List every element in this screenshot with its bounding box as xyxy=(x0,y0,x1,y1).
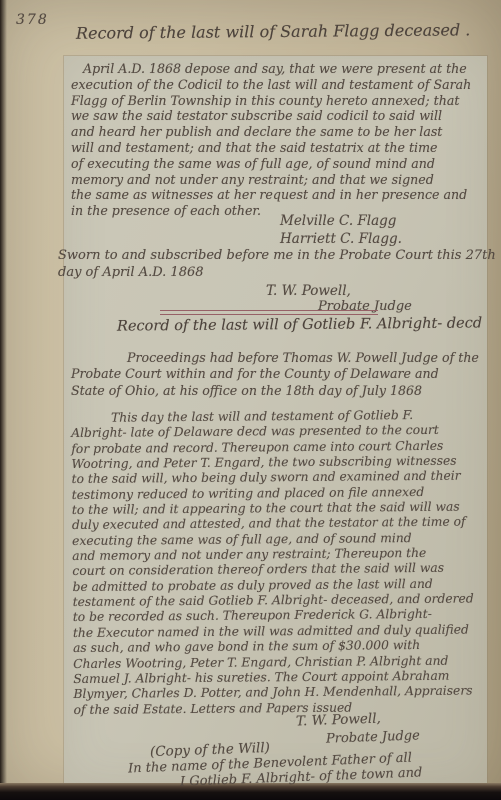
ledger-photo: 378 Record of the last will of Sarah Fla… xyxy=(0,0,501,800)
flagg-body-paragraph: April A.D. 1868 depose and say, that we … xyxy=(71,61,471,219)
handwritten-line: Harriett C. Flagg. xyxy=(280,230,402,248)
handwritten-line: will and testament; and that the said te… xyxy=(71,140,471,156)
judge-signature: T. W. Powell, xyxy=(296,711,381,730)
flagg-record-heading: Record of the last will of Sarah Flagg d… xyxy=(76,20,471,42)
handwritten-line: State of Ohio, at his office on the 18th… xyxy=(71,383,479,399)
handwritten-line: in the presence of each other. xyxy=(71,203,471,219)
handwritten-line: the same as witnesses at her request and… xyxy=(71,187,471,203)
handwritten-line: April A.D. 1868 depose and say, that we … xyxy=(71,61,471,77)
handwritten-line: Sworn to and subscribed before me in the… xyxy=(58,247,496,264)
albright-body-paragraph: This day the last will and testament of … xyxy=(71,408,475,718)
handwritten-line: and heard her publish and declare the sa… xyxy=(71,124,471,140)
handwritten-line: of executing the same was of full age, o… xyxy=(71,156,471,172)
binding-edge xyxy=(0,0,7,800)
handwritten-line: memory and not under any restraint; and … xyxy=(71,172,471,188)
handwritten-line: Flagg of Berlin Township in this county … xyxy=(71,93,471,109)
handwritten-line: Probate Court within and for the County … xyxy=(71,366,479,382)
handwritten-line: execution of the Codicil to the last wil… xyxy=(71,77,471,93)
albright-record-heading: Record of the last will of Gotlieb F. Al… xyxy=(117,315,482,334)
handwritten-line: Proceedings had before Thomas W. Powell … xyxy=(71,350,479,366)
judge-signature: T. W. Powell, xyxy=(266,283,351,299)
witness-signatures: Melville C. FlaggHarriett C. Flagg. xyxy=(280,212,402,248)
section-separator-rule xyxy=(160,310,378,315)
handwritten-line: day of April A.D. 1868 xyxy=(58,264,496,281)
handwritten-line: we saw the said testator subscribe said … xyxy=(71,108,471,124)
page-number: 378 xyxy=(16,12,49,28)
proceedings-paragraph: Proceedings had before Thomas W. Powell … xyxy=(71,350,479,399)
attestation-clause: Sworn to and subscribed before me in the… xyxy=(58,247,496,281)
handwritten-line: Melville C. Flagg xyxy=(280,212,402,230)
